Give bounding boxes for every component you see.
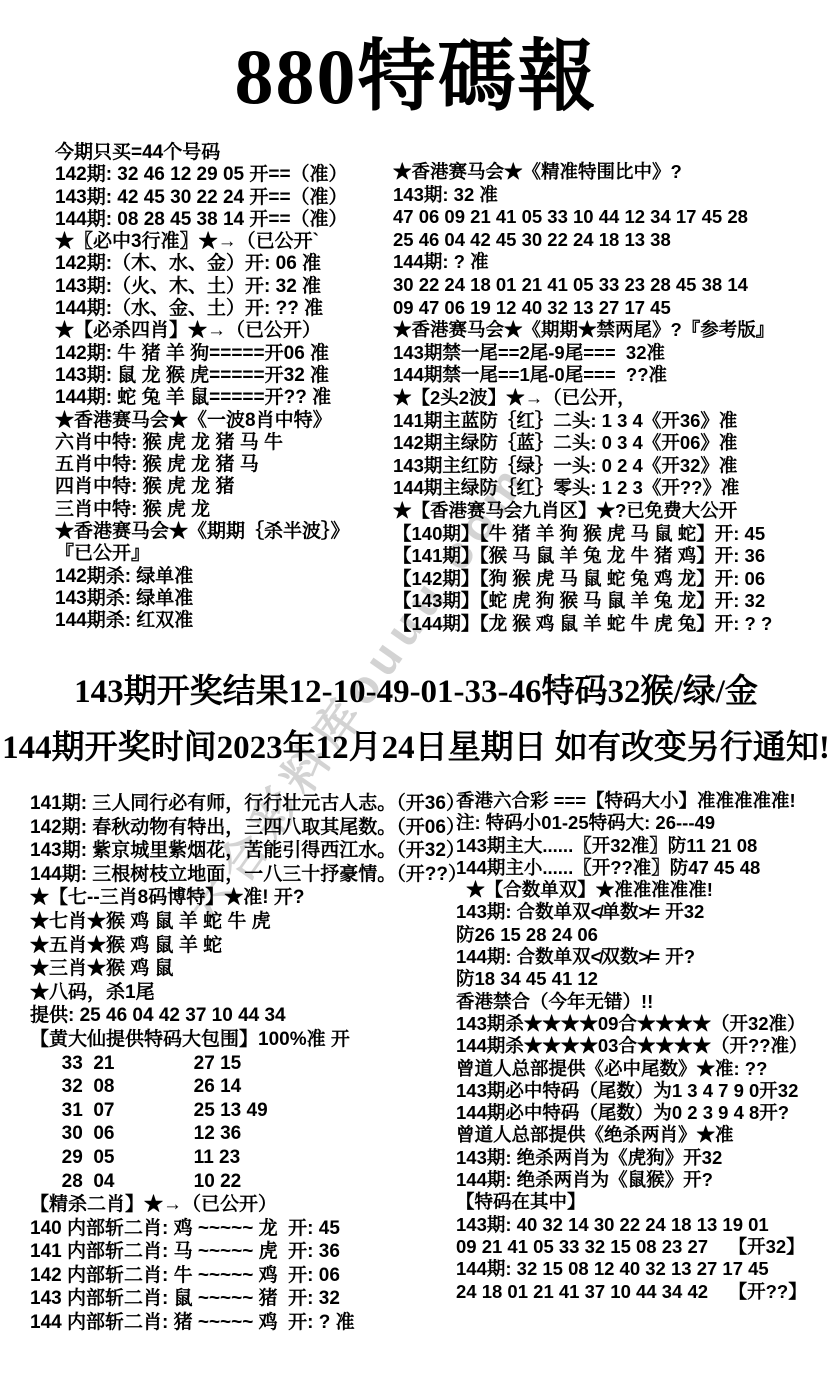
text-line: 144 内部斩二肖: 猪 ~~~~~ 鸡 开: ? 准 — [30, 1311, 458, 1335]
text-line: 四肖中特: 猴 虎 龙 猪 — [55, 476, 395, 498]
result-banner: 143期开奖结果12-10-49-01-33-46特码32猴/绿/金 144期开… — [0, 664, 832, 776]
text-line: 143期:（火、木、土）开: 32 准 — [55, 276, 395, 298]
text-line: ★三肖★猴 鸡 鼠 — [30, 957, 458, 981]
text-line: 143期杀: 绿单准 — [55, 588, 395, 610]
text-line: 香港禁合（今年无错）!! — [456, 991, 828, 1013]
text-line: 144期: ? 准 — [393, 251, 825, 274]
text-line: 142期:（木、水、金）开: 06 准 — [55, 253, 395, 275]
text-line: 142期: 春秋动物有特出，三四八取其尾数。（开06） — [30, 816, 458, 840]
text-line: 【黄大仙提供特码大包围】100%准 开 — [30, 1028, 458, 1052]
text-line: 143期: 合数单双≮单数≯= 开32 — [456, 901, 828, 923]
text-line: 144期:（水、金、土）开: ?? 准 — [55, 298, 395, 320]
text-line: ★【2头2波】★→（已公开， — [393, 387, 825, 410]
text-line: 143期禁一尾==2尾-9尾=== 32准 — [393, 342, 825, 365]
draw-time-144: 144期开奖时间2023年12月24日星期日 如有改变另行通知! — [0, 720, 832, 776]
text-line: 142 内部斩二肖: 牛 ~~~~~ 鸡 开: 06 — [30, 1264, 458, 1288]
text-line: 28 04 10 22 — [30, 1170, 458, 1194]
text-line: ★【合数单双】★准准准准准! — [456, 879, 828, 901]
text-line: 29 05 11 23 — [30, 1146, 458, 1170]
draw-result-143: 143期开奖结果12-10-49-01-33-46特码32猴/绿/金 — [0, 664, 832, 720]
text-line: 【140期】【牛 猪 羊 狗 猴 虎 马 鼠 蛇】开: 45 — [393, 523, 825, 546]
text-line: 143期: 42 45 30 22 24 开==（准） — [55, 187, 395, 209]
text-line: ★〖必中3行准〗★→（已公开` — [55, 231, 395, 253]
text-line: 三肖中特: 猴 虎 龙 — [55, 499, 395, 521]
text-line: 30 06 12 36 — [30, 1122, 458, 1146]
text-line: 144期: 合数单双≮双数≯= 开? — [456, 946, 828, 968]
text-line: 141期主蓝防｛红｝二头: 1 3 4《开36》准 — [393, 410, 825, 433]
text-line: 【144期】【龙 猴 鸡 鼠 羊 蛇 牛 虎 兔】开: ? ? — [393, 613, 825, 636]
text-line: 140 内部斩二肖: 鸡 ~~~~~ 龙 开: 45 — [30, 1217, 458, 1241]
text-line: ★香港赛马会★《一波8肖中特》 — [55, 410, 395, 432]
text-line: 144期必中特码（尾数）为0 2 3 9 4 8开? — [456, 1102, 828, 1124]
text-line: 防18 34 45 41 12 — [456, 968, 828, 990]
bottom-right-column: 香港六合彩 ===【特码大小】准准准准准!注: 特码小01-25特码大: 26-… — [456, 790, 828, 1303]
text-line: 142期杀: 绿单准 — [55, 566, 395, 588]
text-line: 144期主小......〖开??准〗防47 45 48 — [456, 857, 828, 879]
text-line: 注: 特码小01-25特码大: 26---49 — [456, 812, 828, 834]
text-line: ★七肖★猴 鸡 鼠 羊 蛇 牛 虎 — [30, 910, 458, 934]
text-line: 143期主红防｛绿｝一头: 0 2 4《开32》准 — [393, 455, 825, 478]
text-line: 142期: 32 46 12 29 05 开==（准） — [55, 164, 395, 186]
text-line: 曾道人总部提供《必中尾数》★准: ?? — [456, 1058, 828, 1080]
text-line: 144期杀: 红双准 — [55, 610, 395, 632]
text-line: 30 22 24 18 01 21 41 05 33 23 28 45 38 1… — [393, 274, 825, 297]
text-line: 六肖中特: 猴 虎 龙 猪 马 牛 — [55, 432, 395, 454]
text-line: 144期: 08 28 45 38 14 开==（准） — [55, 209, 395, 231]
text-line: 144期: 蛇 兔 羊 鼠=====开?? 准 — [55, 387, 395, 409]
text-line: 144期主绿防｛红｝零头: 1 2 3《开??》准 — [393, 477, 825, 500]
text-line: 【141期】【猴 马 鼠 羊 兔 龙 牛 猪 鸡】开: 36 — [393, 545, 825, 568]
text-line: 142期主绿防｛蓝｝二头: 0 3 4《开06》准 — [393, 432, 825, 455]
text-line: ★香港赛马会★《期期★禁两尾》?『参考版』 — [393, 319, 825, 342]
text-line: 143期: 鼠 龙 猴 虎=====开32 准 — [55, 365, 395, 387]
text-line: 143期杀★★★★09合★★★★（开32准） — [456, 1013, 828, 1035]
text-line: 09 21 41 05 33 32 15 08 23 27 【开32】 — [456, 1236, 828, 1258]
text-line: 25 46 04 42 45 30 22 24 18 13 38 — [393, 229, 825, 252]
text-line: 143期: 40 32 14 30 22 24 18 13 19 01 — [456, 1214, 828, 1236]
text-line: 144期: 32 15 08 12 40 32 13 27 17 45 — [456, 1258, 828, 1280]
text-line: 144期杀★★★★03合★★★★（开??准） — [456, 1035, 828, 1057]
text-line: 143期主大......〖开32准〗防11 21 08 — [456, 835, 828, 857]
text-line: 今期只买=44个号码 — [55, 142, 395, 164]
text-line: 『已公开』 — [55, 543, 395, 565]
text-line: 【精杀二肖】★→（已公开） — [30, 1193, 458, 1217]
text-line: 曾道人总部提供《绝杀两肖》★准 — [456, 1124, 828, 1146]
text-line: 31 07 25 13 49 — [30, 1099, 458, 1123]
top-left-column: 今期只买=44个号码142期: 32 46 12 29 05 开==（准）143… — [55, 142, 395, 633]
text-line: 144期: 三根树枝立地面，一八三十抒豪情。（开??） — [30, 863, 458, 887]
text-line: 143期: 绝杀两肖为《虎狗》开32 — [456, 1147, 828, 1169]
text-line: ★【必杀四肖】★→（已公开） — [55, 320, 395, 342]
text-line: 防26 15 28 24 06 — [456, 924, 828, 946]
text-line: 【特码在其中】 — [456, 1191, 828, 1213]
text-line: ★五肖★猴 鸡 鼠 羊 蛇 — [30, 934, 458, 958]
text-line: 142期: 牛 猪 羊 狗=====开06 准 — [55, 343, 395, 365]
text-line: ★【七--三肖8码博特】★准! 开? — [30, 886, 458, 910]
text-line: 【143期】【蛇 虎 狗 猴 马 鼠 羊 兔 龙】开: 32 — [393, 590, 825, 613]
text-line: ★八码，杀1尾 — [30, 981, 458, 1005]
text-line: 143期: 紫京城里紫烟花，苦能引得西江水。（开32） — [30, 839, 458, 863]
text-line: 33 21 27 15 — [30, 1052, 458, 1076]
text-line: 144期禁一尾==1尾-0尾=== ??准 — [393, 364, 825, 387]
text-line: ★香港赛马会★《期期｛杀半波｝》 — [55, 521, 395, 543]
text-line: 143 内部斩二肖: 鼠 ~~~~~ 猪 开: 32 — [30, 1287, 458, 1311]
text-line: 五肖中特: 猴 虎 龙 猪 马 — [55, 454, 395, 476]
top-right-column: ★香港赛马会★《精准特围比中》?143期: 32 准47 06 09 21 41… — [393, 161, 825, 635]
text-line: 143期: 32 准 — [393, 184, 825, 207]
text-line: 香港六合彩 ===【特码大小】准准准准准! — [456, 790, 828, 812]
lottery-sheet-page: 六合彩料库ouuu.com 880特碼報 今期只买=44个号码142期: 32 … — [0, 0, 832, 1388]
text-line: 24 18 01 21 41 37 10 44 34 42 【开??】 — [456, 1281, 828, 1303]
text-line: 09 47 06 19 12 40 32 13 27 17 45 — [393, 297, 825, 320]
text-line: 143期必中特码（尾数）为1 3 4 7 9 0开32 — [456, 1080, 828, 1102]
text-line: 144期: 绝杀两肖为《鼠猴》开? — [456, 1169, 828, 1191]
text-line: 141 内部斩二肖: 马 ~~~~~ 虎 开: 36 — [30, 1240, 458, 1264]
text-line: 141期: 三人同行必有师，行行壮元古人志。（开36） — [30, 792, 458, 816]
text-line: 47 06 09 21 41 05 33 10 44 12 34 17 45 2… — [393, 206, 825, 229]
text-line: ★【香港赛马会九肖区】★?已免费大公开 — [393, 500, 825, 523]
bottom-left-column: 141期: 三人同行必有师，行行壮元古人志。（开36）142期: 春秋动物有特出… — [30, 792, 458, 1335]
text-line: 提供: 25 46 04 42 37 10 44 34 — [30, 1004, 458, 1028]
page-title: 880特碼報 — [0, 14, 832, 126]
text-line: 【142期】【狗 猴 虎 马 鼠 蛇 兔 鸡 龙】开: 06 — [393, 568, 825, 591]
text-line: 32 08 26 14 — [30, 1075, 458, 1099]
text-line: ★香港赛马会★《精准特围比中》? — [393, 161, 825, 184]
